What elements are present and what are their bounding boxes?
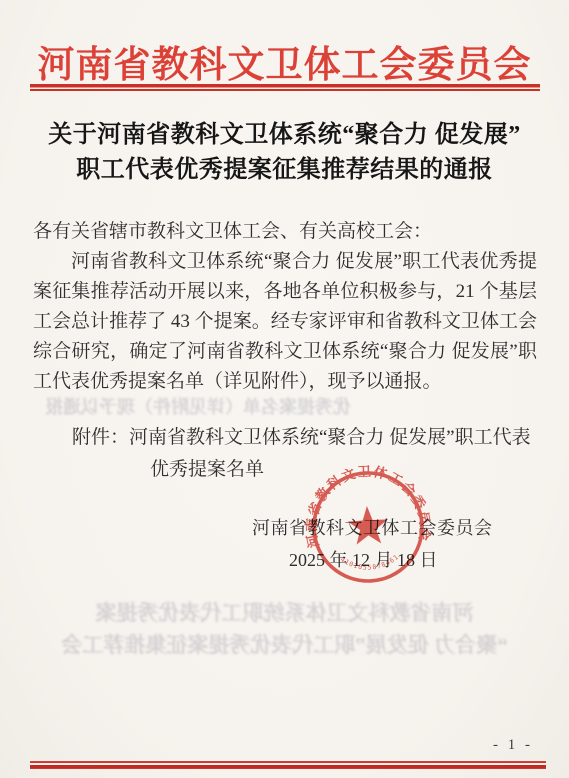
letterhead-red-rule — [30, 84, 540, 91]
bleedthrough-line: 河南省教科文卫体系统职工代表优秀提案 — [0, 597, 569, 627]
attachment-line1: 附件：河南省教科文卫体系统“聚合力 促发展”职工代表 — [72, 423, 531, 453]
seal-code-number: 4101055878461 — [339, 552, 402, 573]
letterhead-org-title: 河南省教科文卫体工会委员会 — [0, 34, 569, 88]
seal-star-icon — [347, 505, 389, 545]
salutation-line: 各有关省辖市教科文卫体工会、有关高校工会： — [33, 217, 543, 247]
document-page: 河南省教科文卫体工会委员会 关于河南省教科文卫体系统“聚合力 促发展” 职工代表… — [0, 0, 569, 778]
bleedthrough-line: “聚合力 促发展”职工代表优秀提案征集推荐工会 — [0, 629, 569, 659]
svg-text:4101055878461: 4101055878461 — [339, 552, 402, 573]
document-title-line2: 职工代表优秀提案征集推荐结果的通报 — [0, 153, 569, 188]
attachment-line2: 优秀提案名单 — [150, 455, 264, 485]
page-number: - 1 - — [493, 737, 533, 754]
document-title: 关于河南省教科文卫体系统“聚合力 促发展” 职工代表优秀提案征集推荐结果的通报 — [0, 118, 569, 188]
official-seal-stamp-icon: 河南省教科文卫体工会委员会 4101055878461 — [289, 448, 447, 606]
next-page-red-rule — [30, 761, 546, 769]
document-title-line1: 关于河南省教科文卫体系统“聚合力 促发展” — [0, 118, 569, 153]
body-paragraph: 河南省教科文卫体系统“聚合力 促发展”职工代表优秀提案征集推荐活动开展以来，各地… — [33, 247, 537, 397]
